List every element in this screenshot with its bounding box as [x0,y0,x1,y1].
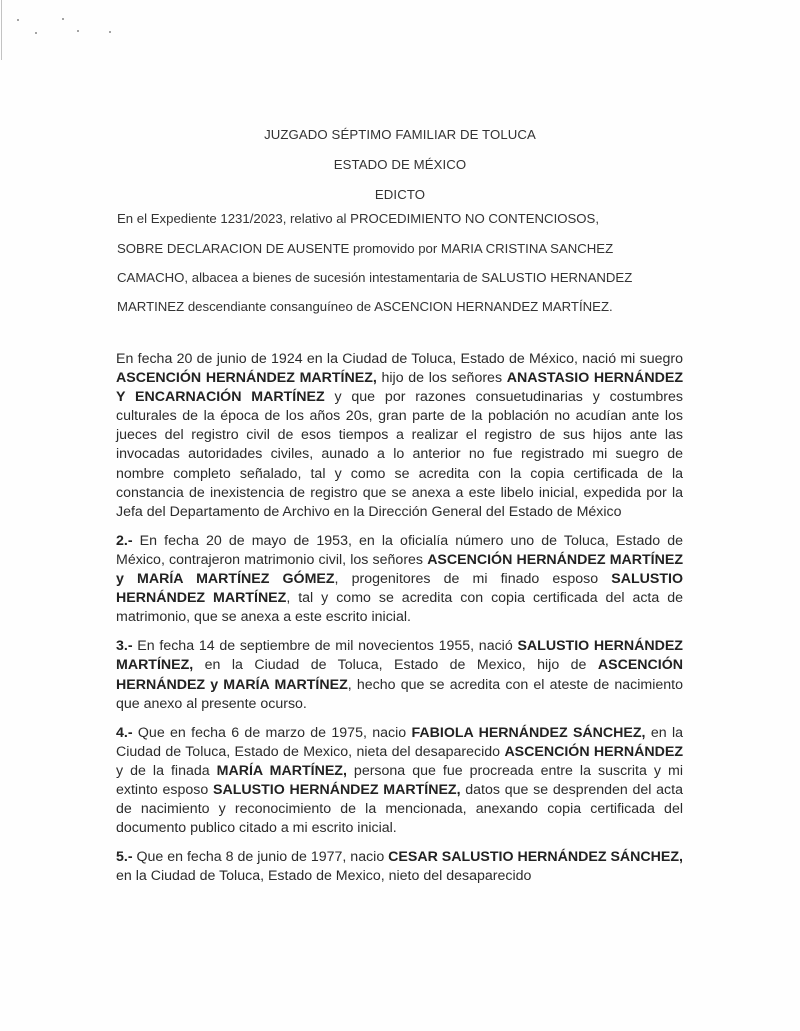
text-segment: en la Ciudad de Toluca, Estado de Mexico… [116,868,531,884]
paragraph: 5.- Que en fecha 8 de junio de 1977, nac… [116,848,683,886]
text-segment: Que en fecha 6 de marzo de 1975, nacio [133,725,412,741]
scan-edge-mark [1,0,2,60]
paragraph-number: 3.- [116,638,133,654]
text-segment: En fecha 14 de septiembre de mil novecie… [133,638,518,654]
bold-name: MARÍA MARTÍNEZ, [217,763,347,779]
scanned-page: JUZGADO SÉPTIMO FAMILIAR DE TOLUCA ESTAD… [0,0,800,1031]
paragraph: En fecha 20 de junio de 1924 en la Ciuda… [116,350,683,522]
scan-speck [35,32,37,34]
intro-line: En el Expediente 1231/2023, relativo al … [117,211,599,226]
paragraph: 3.- En fecha 14 de septiembre de mil nov… [116,637,683,713]
paragraph-number: 5.- [116,849,133,865]
paragraph-number: 2.- [116,533,133,549]
text-segment: , progenitores de mi finado esposo [335,571,612,587]
paragraph: 4.- Que en fecha 6 de marzo de 1975, nac… [116,724,683,839]
intro-line: MARTINEZ descendiante consanguíneo de AS… [117,299,613,314]
document-type-title: EDICTO [0,187,800,202]
text-segment: y que por razones consuetudinarias y cos… [116,389,683,520]
text-segment: hijo de los señores [377,370,507,386]
bold-name: SALUSTIO HERNÁNDEZ MARTÍNEZ, [213,782,461,798]
bold-name: FABIOLA HERNÁNDEZ SÁNCHEZ, [412,725,646,741]
text-segment: Que en fecha 8 de junio de 1977, nacio [133,849,389,865]
text-segment: y de la finada [116,763,217,779]
bold-name: ASCENCIÓN HERNÁNDEZ [504,744,683,760]
court-title: JUZGADO SÉPTIMO FAMILIAR DE TOLUCA [0,127,800,142]
scan-speck [77,30,79,32]
text-segment: en la Ciudad de Toluca, Estado de Mexico… [193,657,598,673]
intro-line: SOBRE DECLARACION DE AUSENTE promovido p… [117,241,613,256]
scan-speck [62,18,64,20]
state-title: ESTADO DE MÉXICO [0,157,800,172]
text-segment: En fecha 20 de junio de 1924 en la Ciuda… [116,351,683,367]
bold-name: ASCENCIÓN HERNÁNDEZ MARTÍNEZ, [116,370,377,386]
scan-speck [17,19,19,21]
paragraph-number: 4.- [116,725,133,741]
scan-speck [109,31,111,33]
intro-line: CAMACHO, albacea a bienes de sucesión in… [117,270,632,285]
paragraph: 2.- En fecha 20 de mayo de 1953, en la o… [116,532,683,627]
bold-name: CESAR SALUSTIO HERNÁNDEZ SÁNCHEZ, [388,849,683,865]
document-body: En fecha 20 de junio de 1924 en la Ciuda… [116,350,683,896]
